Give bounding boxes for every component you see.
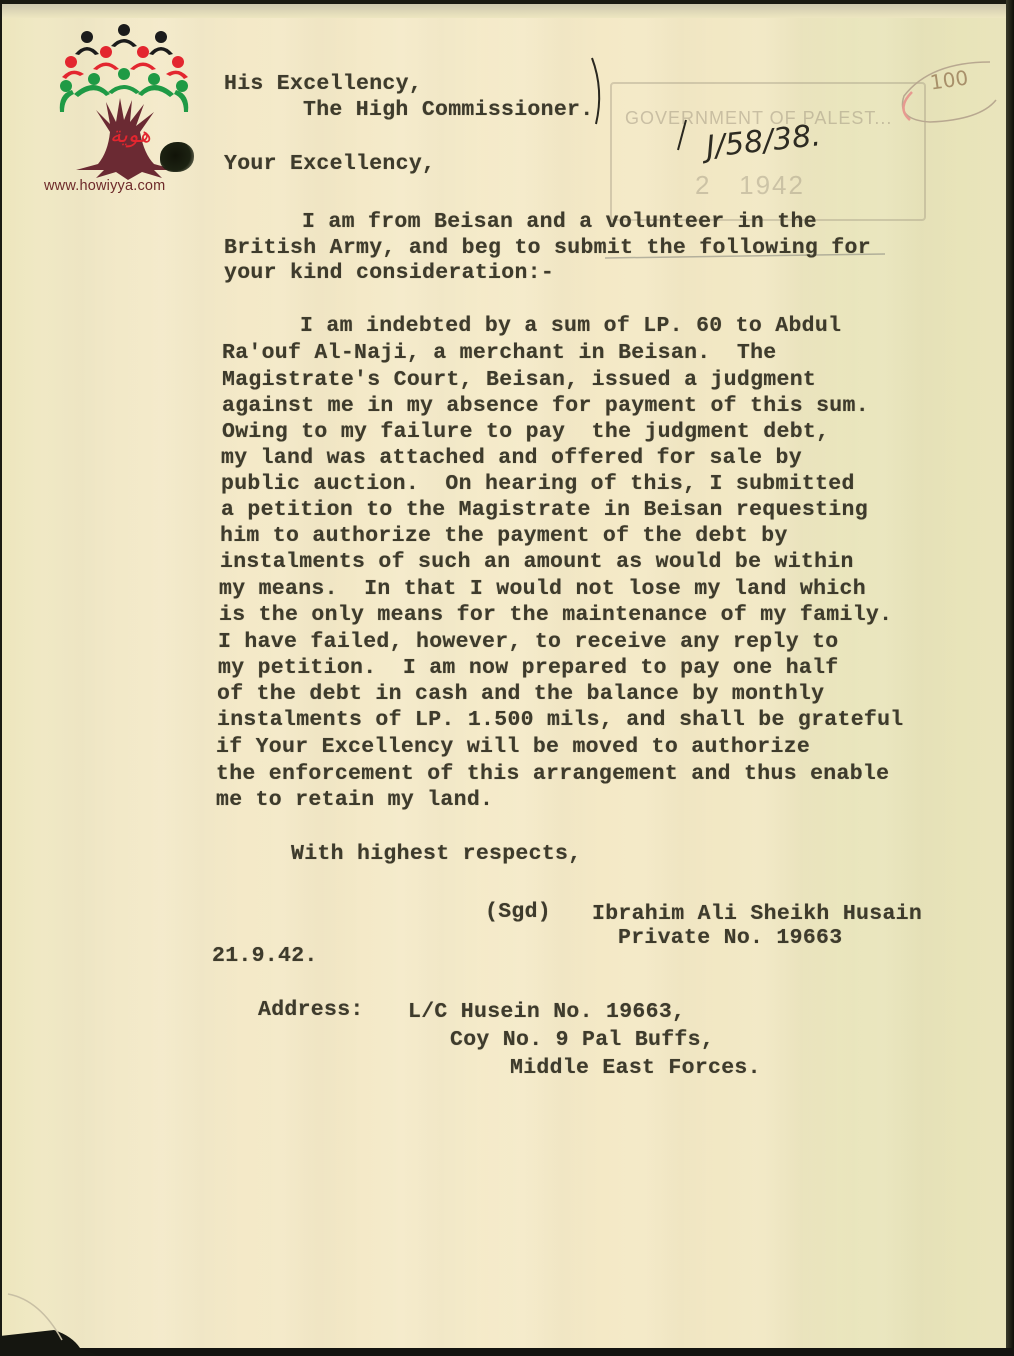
paragraph-2-line: me to retain my land.: [216, 788, 493, 812]
paragraph-2-line: I am indebted by a sum of LP. 60 to Abdu…: [300, 314, 841, 338]
paragraph-2-line: Owing to my failure to pay the judgment …: [222, 420, 829, 444]
paragraph-2-line: my petition. I am now prepared to pay on…: [218, 656, 839, 680]
paragraph-2-line: Ra'ouf Al-Naji, a merchant in Beisan. Th…: [222, 341, 777, 365]
signature-rank: Private No. 19663: [618, 926, 842, 950]
paragraph-1-line: your kind consideration:-: [224, 261, 554, 285]
paragraph-2-line: I have failed, however, to receive any r…: [218, 630, 839, 654]
addressee-line-2: The High Commissioner.: [303, 98, 593, 122]
signature-sgd: (Sgd): [485, 900, 551, 924]
paragraph-2-line: my land was attached and offered for sal…: [221, 446, 802, 470]
paragraph-2-line: if Your Excellency will be moved to auth…: [216, 735, 810, 759]
paragraph-2-line: him to authorize the payment of the debt…: [220, 524, 788, 548]
letter-body: His Excellency, The High Commissioner. Y…: [0, 0, 1014, 1356]
paragraph-1-line: British Army, and beg to submit the foll…: [224, 236, 871, 260]
signature-name: Ibrahim Ali Sheikh Husain: [592, 902, 922, 926]
paragraph-2-line: against me in my absence for payment of …: [222, 394, 869, 418]
paragraph-2-line: the enforcement of this arrangement and …: [216, 762, 889, 786]
address-line: Middle East Forces.: [510, 1056, 761, 1080]
paragraph-2-line: instalments of such an amount as would b…: [220, 550, 854, 574]
paragraph-2-line: of the debt in cash and the balance by m…: [217, 682, 824, 706]
paragraph-2-line: a petition to the Magistrate in Beisan r…: [221, 498, 868, 522]
paragraph-2-line: public auction. On hearing of this, I su…: [221, 472, 855, 496]
paragraph-2-line: instalments of LP. 1.500 mils, and shall…: [217, 708, 904, 732]
greeting: Your Excellency,: [224, 152, 435, 176]
letter-date: 21.9.42.: [212, 944, 318, 968]
addressee-line-1: His Excellency,: [224, 72, 422, 96]
closing: With highest respects,: [291, 842, 581, 866]
paragraph-2-line: my means. In that I would not lose my la…: [219, 577, 866, 601]
address-label: Address:: [258, 998, 364, 1022]
paragraph-1-line: I am from Beisan and a volunteer in the: [302, 210, 817, 234]
paragraph-2-line: is the only means for the maintenance of…: [219, 603, 892, 627]
address-line: Coy No. 9 Pal Buffs,: [450, 1028, 714, 1052]
paragraph-2-line: Magistrate's Court, Beisan, issued a jud…: [222, 368, 816, 392]
address-line: L/C Husein No. 19663,: [408, 1000, 685, 1024]
